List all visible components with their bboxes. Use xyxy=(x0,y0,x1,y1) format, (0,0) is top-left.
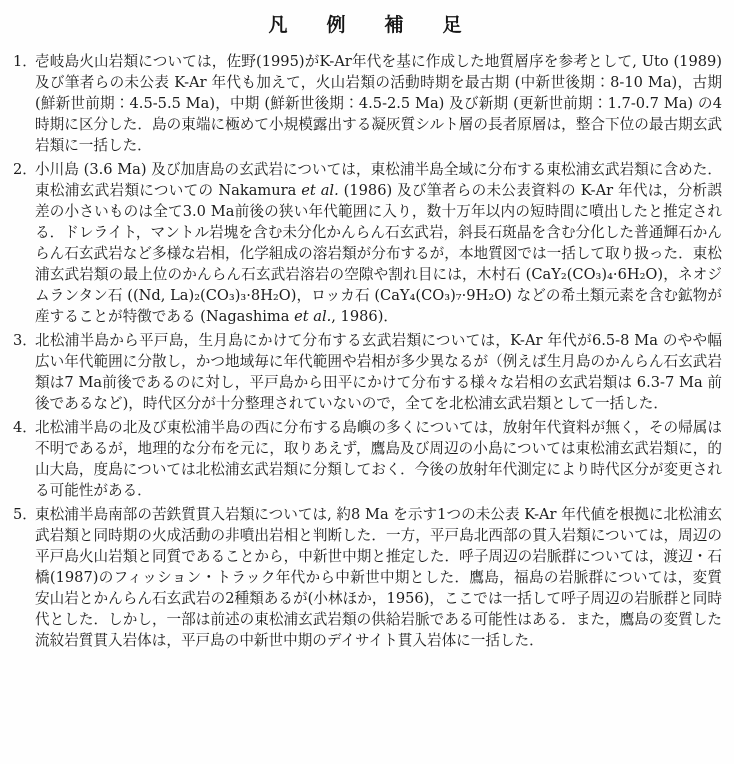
legend-note-item: 1． 壱岐島火山岩類については，佐野(1995)がK-Ar年代を基に作成した地質… xyxy=(8,51,722,156)
note-text-italic: et al. xyxy=(301,182,338,199)
page-title: 凡 例 補 足 xyxy=(8,10,722,37)
note-number: 3． xyxy=(13,330,37,351)
note-body: 小川島 (3.6 Ma) 及び加唐島の玄武岩については，東松浦半島全域に分布する… xyxy=(35,161,722,325)
note-body: 東松浦半島南部の苦鉄質貫入岩類については, 約8 Ma を示す1つの未公表 K-… xyxy=(35,506,722,649)
legend-note-item: 3． 北松浦半島から平戸島，生月島にかけて分布する玄武岩類については，K-Ar … xyxy=(8,330,722,414)
note-body: 北松浦半島の北及び東松浦半島の西に分布する島嶼の多くについては，放射年代資料が無… xyxy=(35,419,722,499)
note-number: 5． xyxy=(13,504,37,525)
document-page: 凡 例 補 足 1． 壱岐島火山岩類については，佐野(1995)がK-Ar年代を… xyxy=(0,0,734,764)
note-number: 4． xyxy=(13,417,37,438)
legend-notes-list: 1． 壱岐島火山岩類については，佐野(1995)がK-Ar年代を基に作成した地質… xyxy=(8,51,722,651)
note-text: 北松浦半島の北及び東松浦半島の西に分布する島嶼の多くについては，放射年代資料が無… xyxy=(35,419,722,499)
note-text-italic: et al. xyxy=(294,308,331,325)
note-text: , 1986)． xyxy=(331,308,398,325)
legend-note-item: 5． 東松浦半島南部の苦鉄質貫入岩類については, 約8 Ma を示す1つの未公表… xyxy=(8,504,722,651)
note-body: 北松浦半島から平戸島，生月島にかけて分布する玄武岩類については，K-Ar 年代が… xyxy=(35,332,722,412)
note-text: 壱岐島火山岩類については，佐野(1995)がK-Ar年代を基に作成した地質層序を… xyxy=(35,53,722,154)
legend-note-item: 4． 北松浦半島の北及び東松浦半島の西に分布する島嶼の多くについては，放射年代資… xyxy=(8,417,722,501)
legend-note-item: 2． 小川島 (3.6 Ma) 及び加唐島の玄武岩については，東松浦半島全域に分… xyxy=(8,159,722,327)
note-number: 2． xyxy=(13,159,37,180)
note-number: 1． xyxy=(13,51,37,72)
note-text: 北松浦半島から平戸島，生月島にかけて分布する玄武岩類については，K-Ar 年代が… xyxy=(35,332,722,412)
note-text: 東松浦半島南部の苦鉄質貫入岩類については, 約8 Ma を示す1つの未公表 K-… xyxy=(35,506,722,649)
note-body: 壱岐島火山岩類については，佐野(1995)がK-Ar年代を基に作成した地質層序を… xyxy=(35,53,722,154)
note-text: (1986) 及び筆者らの未公表資料の K-Ar 年代は，分析誤差の小さいものは… xyxy=(35,182,722,325)
